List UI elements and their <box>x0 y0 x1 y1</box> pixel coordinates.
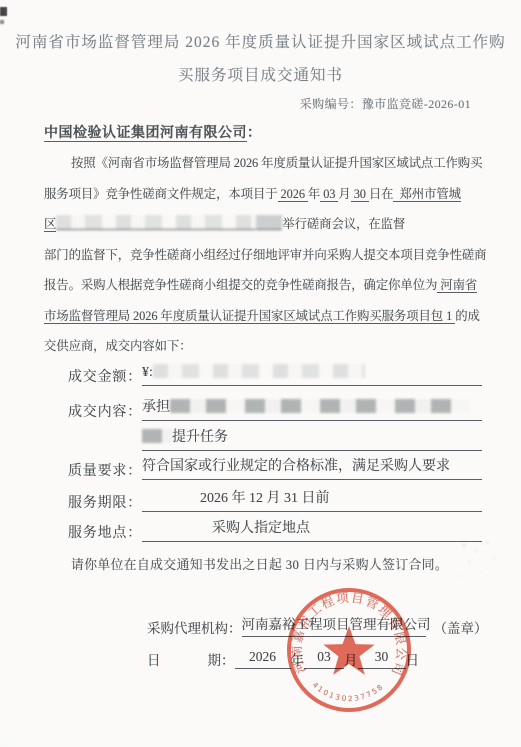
text-segment: 市场监督管理局 2026 年度质量认证提升国家区域试点工作购买服务项目包 1 <box>44 309 455 324</box>
field-row: 成交内容：承担 <box>68 397 482 421</box>
text-segment: 年 <box>308 187 320 201</box>
title-line-1: 河南省市场监督管理局 2026 年度质量认证提升国家区域试点工作购 <box>0 26 521 59</box>
redacted-text <box>256 215 282 230</box>
text-segment: 报告。采购人根据竞争性磋商小组提交的竞争性磋商报告，确定你单位为 <box>44 278 437 292</box>
redacted-text <box>56 215 256 230</box>
text-segment: 提升任务 <box>172 430 228 445</box>
document-title: 河南省市场监督管理局 2026 年度质量认证提升国家区域试点工作购 买服务项目成… <box>0 26 521 92</box>
paragraph-line: 部门的监督下，竞争性磋商小组经过仔细地评审并向采购人提交本项目竞争性磋商 <box>44 240 490 271</box>
text-segment: ¥: <box>142 365 153 380</box>
field-row: 成交金额：¥: <box>68 362 482 386</box>
text-segment: 的成 <box>455 309 480 323</box>
field-value: 承担 <box>142 396 482 421</box>
scan-artifact <box>0 7 7 16</box>
field-row: 服务期限：2026 年 12 月 31 日前 <box>68 488 482 512</box>
field-value: 2026 年 12 月 31 日前 <box>142 487 482 512</box>
field-label: 服务地点： <box>68 522 142 542</box>
redacted-text <box>170 399 470 413</box>
svg-text:410130237758: 410130237758 <box>311 680 386 703</box>
text-segment: 2026 年 12 月 31 日前 <box>200 491 330 506</box>
recipient-name: 中国检验认证集团河南有限公司 <box>44 126 247 142</box>
text-segment: 日在 <box>369 187 394 201</box>
procurement-number-label: 采购编号： <box>300 97 362 111</box>
recipient-line: 中国检验认证集团河南有限公司： <box>44 122 262 142</box>
recipient-colon: ： <box>247 126 262 141</box>
procurement-number: 采购编号：豫市监竞磋-2026-01 <box>300 95 471 112</box>
text-segment: 符合国家或行业规定的合格标准，满足采购人要求 <box>142 459 450 474</box>
field-label: 质量要求： <box>68 460 142 480</box>
paragraph-line: 市场监督管理局 2026 年度质量认证提升国家区域试点工作购买服务项目包 1 的… <box>44 301 490 332</box>
field-label: 成交内容： <box>68 401 142 421</box>
body-paragraph: 按照《河南省市场监督管理局 2026 年度质量认证提升国家区域试点工作购买服务项… <box>44 148 490 362</box>
paragraph-line: 按照《河南省市场监督管理局 2026 年度质量认证提升国家区域试点工作购买 <box>44 148 490 179</box>
text-segment: 区 <box>44 217 56 232</box>
seal-number-text: 410130237758 <box>311 680 386 703</box>
seal-star-icon <box>323 626 374 675</box>
text-segment: 按照《河南省市场监督管理局 2026 年度质量认证提升国家区域试点工作购买 <box>71 156 482 170</box>
text-segment: 30 <box>351 187 369 202</box>
field-label: 成交金额： <box>68 366 142 386</box>
text-segment: 期： <box>208 649 235 669</box>
text-segment: 采购人指定地点 <box>212 521 310 536</box>
field-value: ¥: <box>142 361 482 386</box>
fields-section: 成交金额：¥:成交内容：承担提升任务质量要求：符合国家或行业规定的合格标准，满足… <box>68 362 482 542</box>
text-segment: 03 <box>320 187 338 202</box>
field-value: 提升任务 <box>142 426 482 451</box>
text-segment: 交供应商，成交内容如下： <box>44 339 192 353</box>
text-segment: 服务项目》竞争性磋商文件规定，本项目于 <box>44 187 278 201</box>
title-line-2: 买服务项目成交通知书 <box>0 59 521 92</box>
text-segment: 采购代理机构： <box>147 617 242 637</box>
text-segment: 承担 <box>142 400 170 415</box>
text-segment: 月 <box>338 187 350 201</box>
redacted-text <box>142 429 172 443</box>
paragraph-line: 区举行磋商会议，在监督 <box>44 209 490 240</box>
field-value: 符合国家或行业规定的合格标准，满足采购人要求 <box>142 455 482 480</box>
paragraph-line: 报告。采购人根据竞争性磋商小组提交的竞争性磋商报告，确定你单位为 河南省 <box>44 270 490 301</box>
scan-artifact-dot <box>0 20 4 24</box>
field-value: 采购人指定地点 <box>142 517 482 542</box>
field-row: 服务地点：采购人指定地点 <box>68 518 482 542</box>
text-segment: 举行磋商会议，在监督 <box>282 217 405 231</box>
paragraph-line: 交供应商，成交内容如下： <box>44 331 490 362</box>
field-row: 提升任务 <box>68 427 482 451</box>
document-page: 河南省市场监督管理局 2026 年度质量认证提升国家区域试点工作购 买服务项目成… <box>0 0 521 747</box>
text-segment: 日 <box>147 649 161 669</box>
contract-note: 请你单位在自成交通知书发出之日起 30 日内与采购人签订合同。 <box>71 554 448 573</box>
text-segment: 河南省 <box>437 278 477 293</box>
paragraph-line: 服务项目》竞争性磋商文件规定，本项目于 2026 年 03 月 30 日在 郑州… <box>44 179 490 210</box>
text-segment: （盖章） <box>434 617 488 637</box>
redacted-text <box>153 364 365 378</box>
text-segment: 部门的监督下，竞争性磋商小组经过仔细地评审并向采购人提交本项目竞争性磋商 <box>44 248 486 262</box>
field-label: 服务期限： <box>68 492 142 512</box>
field-row: 质量要求：符合国家或行业规定的合格标准，满足采购人要求 <box>68 456 482 480</box>
text-segment: 2026 <box>278 187 308 202</box>
ink-speckles <box>452 536 516 604</box>
text-segment: 郑州市管城 <box>393 187 460 202</box>
company-seal-stamp: 河南嘉裕工程项目管理有限公司 410130237758 <box>280 581 418 719</box>
procurement-number-value: 豫市监竞磋-2026-01 <box>362 97 471 111</box>
